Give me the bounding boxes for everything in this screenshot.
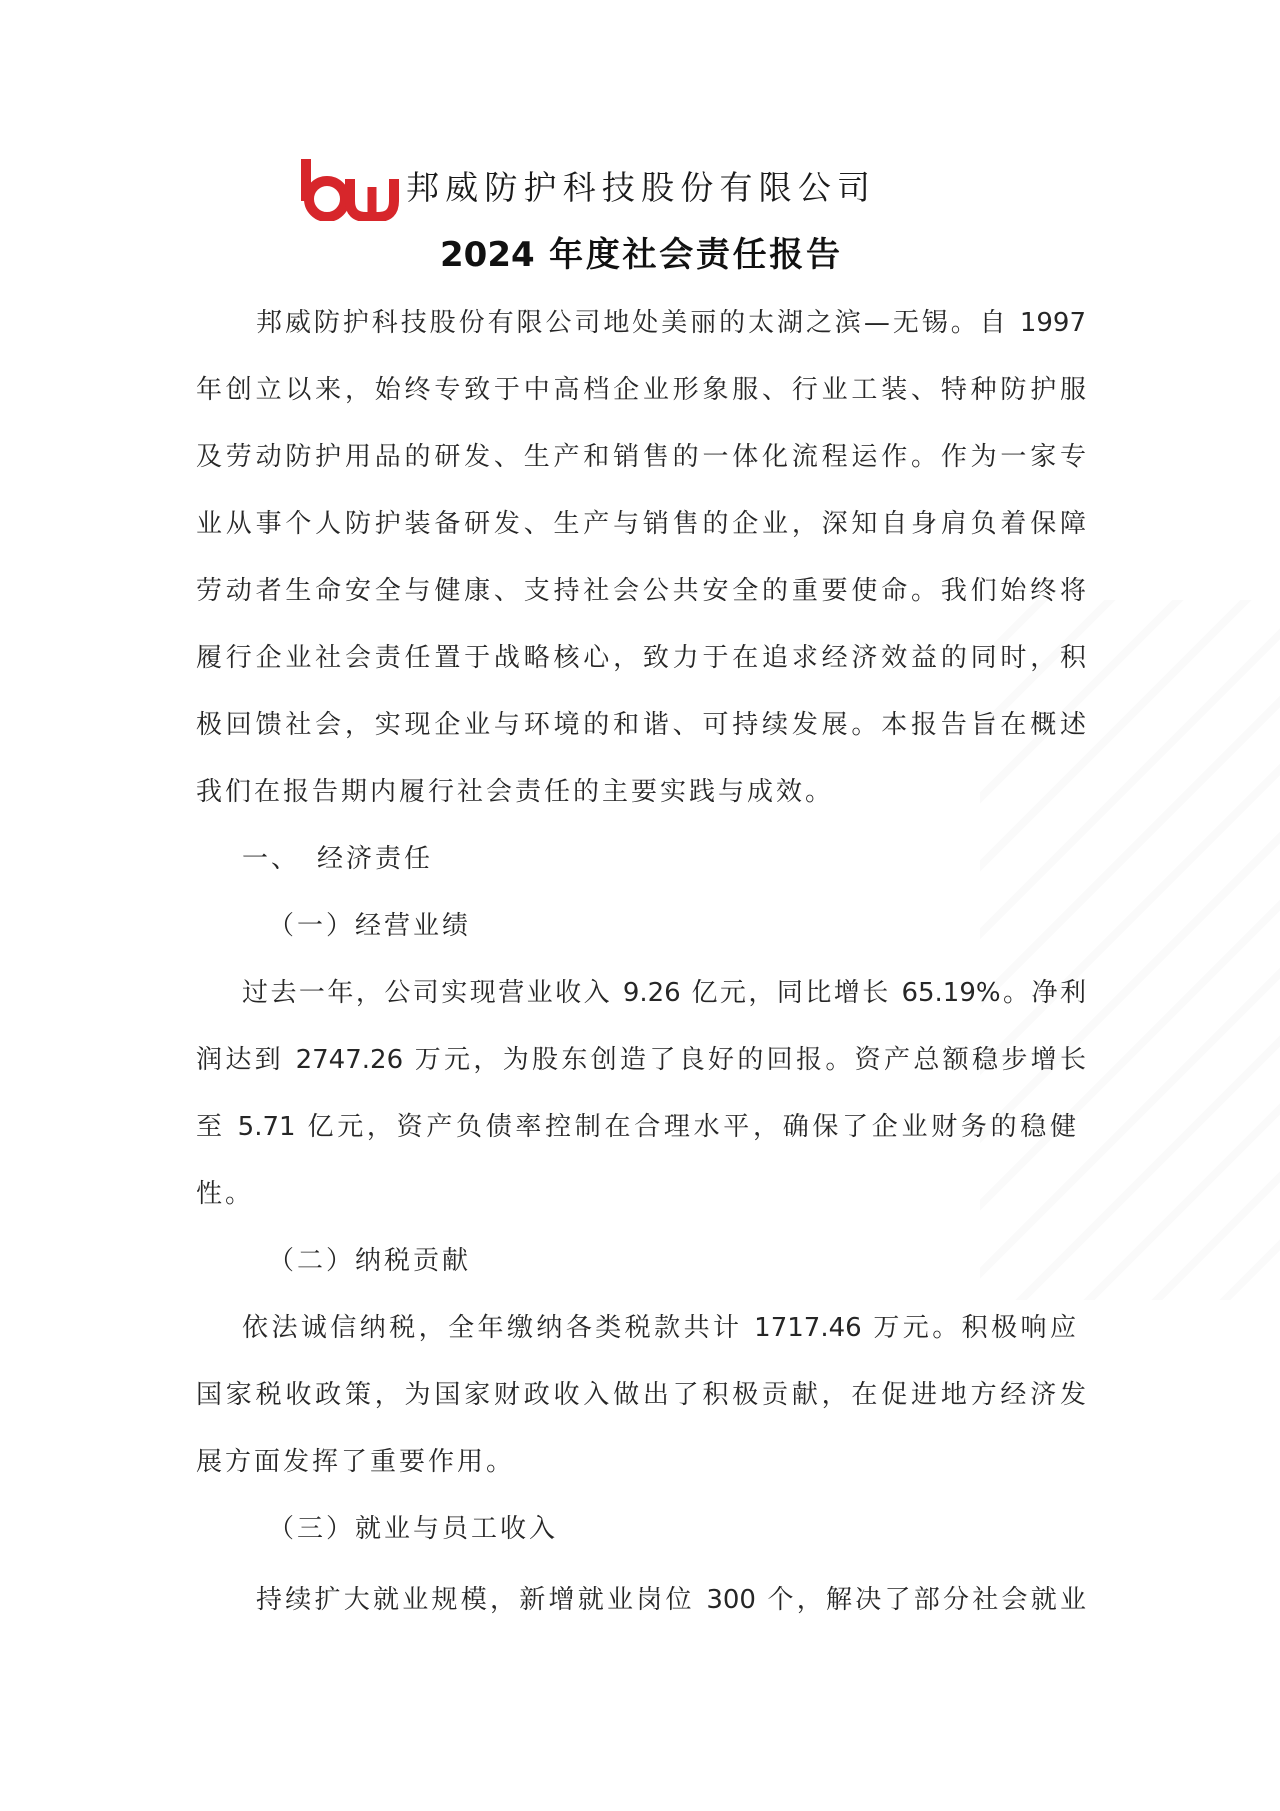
tax-line-3: 展方面发挥了重要作用。	[196, 1442, 1086, 1482]
performance-line-2: 润达到 2747.26 万元，为股东创造了良好的回报。资产总额稳步增长	[196, 1040, 1086, 1080]
intro-line-2: 年创立以来，始终专致于中高档企业形象服、行业工装、特种防护服	[196, 370, 1086, 410]
subheading-employment-income: （三）就业与员工收入	[268, 1509, 558, 1549]
subheading-tax-contribution: （二）纳税贡献	[268, 1241, 471, 1281]
report-title: 2024 年度社会责任报告	[440, 232, 840, 278]
tax-line-2: 国家税收政策，为国家财政收入做出了积极贡献，在促进地方经济发	[196, 1375, 1086, 1415]
performance-line-4: 性。	[196, 1174, 1086, 1214]
intro-line-8: 我们在报告期内履行社会责任的主要实践与成效。	[196, 772, 1086, 812]
intro-line-7: 极回馈社会，实现企业与环境的和谐、可持续发展。本报告旨在概述	[196, 705, 1086, 745]
company-logo-icon	[300, 157, 400, 221]
document-page: 邦威防护科技股份有限公司 2024 年度社会责任报告 邦威防护科技股份有限公司地…	[0, 0, 1280, 1811]
tax-line-1: 依法诚信纳税，全年缴纳各类税款共计 1717.46 万元。积极响应	[242, 1308, 1076, 1348]
subheading-operating-performance: （一）经营业绩	[268, 906, 471, 946]
section-heading-number: 一、	[242, 839, 300, 879]
intro-line-1: 邦威防护科技股份有限公司地处美丽的太湖之滨—无锡。自 1997	[256, 303, 1086, 343]
performance-line-3: 至 5.71 亿元，资产负债率控制在合理水平，确保了企业财务的稳健	[196, 1107, 1076, 1147]
performance-line-1: 过去一年，公司实现营业收入 9.26 亿元，同比增长 65.19%。净利	[242, 973, 1086, 1013]
company-name: 邦威防护科技股份有限公司	[406, 166, 870, 210]
employment-line-1: 持续扩大就业规模，新增就业岗位 300 个，解决了部分社会就业	[256, 1580, 1086, 1620]
intro-line-4: 业从事个人防护装备研发、生产与销售的企业，深知自身肩负着保障	[196, 504, 1086, 544]
intro-line-3: 及劳动防护用品的研发、生产和销售的一体化流程运作。作为一家专	[196, 437, 1086, 477]
intro-line-5: 劳动者生命安全与健康、支持社会公共安全的重要使命。我们始终将	[196, 571, 1086, 611]
intro-line-6: 履行企业社会责任置于战略核心，致力于在追求经济效益的同时，积	[196, 638, 1086, 678]
section-heading-economic-responsibility: 经济责任	[317, 839, 433, 879]
